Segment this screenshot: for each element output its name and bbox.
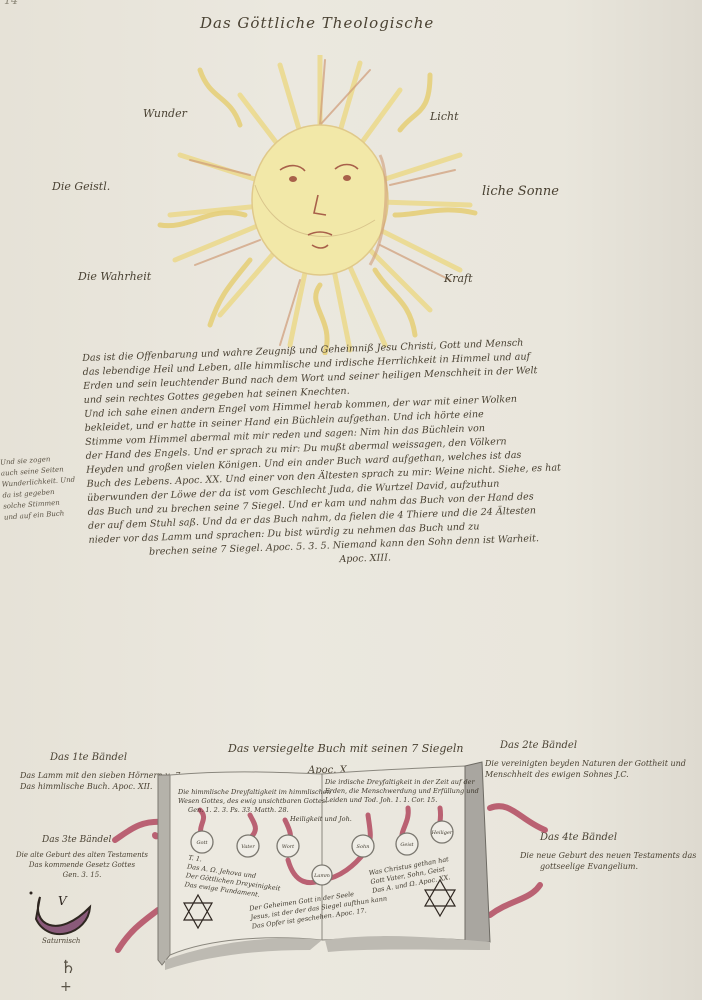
svg-text:♄: ♄ bbox=[60, 957, 76, 978]
sun-label-mid-right: liche Sonne bbox=[482, 184, 559, 199]
page-title: Das Göttliche Theologische bbox=[200, 14, 434, 32]
sun-label-top-left: Wunder bbox=[143, 107, 187, 120]
seal-6: Heiliger bbox=[431, 830, 453, 836]
seal-2: Vater bbox=[241, 844, 255, 850]
book-right-line: Erden, die Menschwerdung und Erfüllung u… bbox=[325, 787, 479, 796]
band-2-title: Das 2te Bändel bbox=[500, 740, 577, 751]
book-left-line: Wesen Gottes, des ewig unsichtbaren Gott… bbox=[178, 797, 331, 806]
book-right-line: Leiden und Tod. Joh. 1. 1. Cor. 15. bbox=[325, 796, 479, 805]
book-left-line: Die himmlische Dreyfaltigkeit im himmlis… bbox=[178, 788, 331, 797]
sun-face-illustration bbox=[130, 55, 510, 355]
sun-label-top-right: Licht bbox=[430, 110, 459, 123]
band-3-title: Das 3te Bändel bbox=[42, 835, 111, 845]
main-text-block: Das ist die Offenbarung und wahre Zeugni… bbox=[82, 332, 649, 575]
book-left-line: Gen. 1. 2. 3. Ps. 33. Matth. 28. bbox=[178, 806, 331, 815]
seal-7: Lamm bbox=[313, 873, 330, 879]
seal-5: Geist bbox=[400, 842, 414, 848]
margin-note: Und sie zogen auch seine Seiten Wunderli… bbox=[0, 452, 80, 523]
book-heading: Das versiegelte Buch mit seinen 7 Siegel… bbox=[228, 742, 464, 755]
book-left-page-text: Die himmlische Dreyfaltigkeit im himmlis… bbox=[178, 788, 331, 815]
sun-label-bottom-left: Die Wahrheit bbox=[78, 270, 151, 283]
band-3-symbol-caption: Saturnisch bbox=[42, 937, 80, 945]
book-right-page-text: Die irdische Dreyfaltigkeit in der Zeit … bbox=[325, 778, 479, 805]
seal-4: Sohn bbox=[357, 844, 370, 850]
seal-3: Wort bbox=[282, 844, 295, 850]
book-middle-label: Heiligkeit und Joh. bbox=[290, 815, 352, 824]
folio-number: 14 bbox=[4, 0, 18, 7]
svg-text:+: + bbox=[60, 979, 72, 995]
seal-1: Gott bbox=[196, 840, 208, 846]
sun-label-mid-left: Die Geistl. bbox=[52, 180, 110, 193]
book-right-line: Die irdische Dreyfaltigkeit in der Zeit … bbox=[325, 778, 479, 787]
sun-label-bottom-right: Kraft bbox=[444, 272, 473, 285]
svg-text:V: V bbox=[58, 894, 68, 908]
